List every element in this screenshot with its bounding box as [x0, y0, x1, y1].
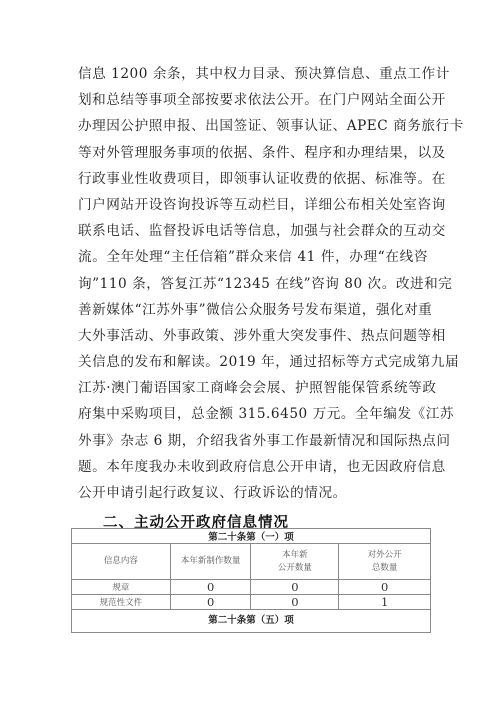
cell-new-made: 0	[170, 595, 251, 610]
text-line: 行政事业性收费项目，即领事认证收费的依据、标准等。在	[78, 166, 428, 192]
table-row: 规章 0 0 0	[72, 580, 431, 595]
column-header: 对外公开总数量	[339, 544, 431, 580]
text-line: 划和总结等事项全部按要求依法公开。在门户网站全面公开	[78, 87, 428, 113]
cell-total-public: 1	[339, 595, 431, 610]
cell-new-made: 0	[170, 580, 251, 595]
row-label: 规范性文件	[72, 595, 171, 610]
text-line: 流。全年处理“主任信箱”群众来信 41 件，办理“在线咨	[78, 244, 428, 270]
text-line: 关信息的发布和解读。2019 年，通过招标等方式完成第九届	[78, 349, 428, 375]
text-line: 信息 1200 余条，其中权力目录、预决算信息、重点工作计	[78, 61, 428, 87]
row-label: 规章	[72, 580, 171, 595]
text-line: 门户网站开设咨询投诉等互动栏目，详细公布相关处室咨询	[78, 192, 428, 218]
cell-new-public: 0	[251, 580, 339, 595]
column-header: 本年新制作数量	[170, 544, 251, 580]
text-line: 大外事活动、外事政策、涉外重大突发事件、热点问题等相	[78, 323, 428, 349]
body-paragraph: 信息 1200 余条，其中权力目录、预决算信息、重点工作计 划和总结等事项全部按…	[78, 61, 428, 506]
text-line: 江苏·澳门葡语国家工商峰会会展、护照智能保管系统等政	[78, 375, 428, 401]
cell-new-public: 0	[251, 595, 339, 610]
text-line: 联系电话、监督投诉电话等信息，加强与社会群众的互动交	[78, 218, 428, 244]
table-row: 规范性文件 0 0 1	[72, 595, 431, 610]
table-section-title: 第二十条第（五）项	[72, 610, 431, 633]
cell-total-public: 0	[339, 580, 431, 595]
table-header-row: 信息内容 本年新制作数量 本年新公开数量 对外公开总数量	[72, 544, 431, 580]
column-header: 信息内容	[72, 544, 171, 580]
column-header: 本年新公开数量	[251, 544, 339, 580]
text-line: 等对外管理服务事项的依据、条件、程序和办理结果，以及	[78, 140, 428, 166]
text-line: 题。本年度我办未收到政府信息公开申请，也无因政府信息	[78, 454, 428, 480]
text-line: 询”110 条，答复江苏“12345 在线”咨询 80 次。改进和完	[78, 271, 428, 297]
table-section-title: 第二十条第（一）项	[72, 529, 431, 544]
info-disclosure-table: 第二十条第（一）项 信息内容 本年新制作数量 本年新公开数量 对外公开总数量 规…	[71, 528, 431, 633]
text-line: 办理因公护照申报、出国签证、领事认证、APEC 商务旅行卡	[78, 113, 428, 139]
text-line: 府集中采购项目，总金额 315.6450 万元。全年编发《江苏	[78, 401, 428, 427]
text-line: 公开申请引起行政复议、行政诉讼的情况。	[78, 480, 428, 506]
text-line: 善新媒体“江苏外事”微信公众服务号发布渠道，强化对重	[78, 297, 428, 323]
text-line: 外事》杂志 6 期，介绍我省外事工作最新情况和国际热点问	[78, 428, 428, 454]
